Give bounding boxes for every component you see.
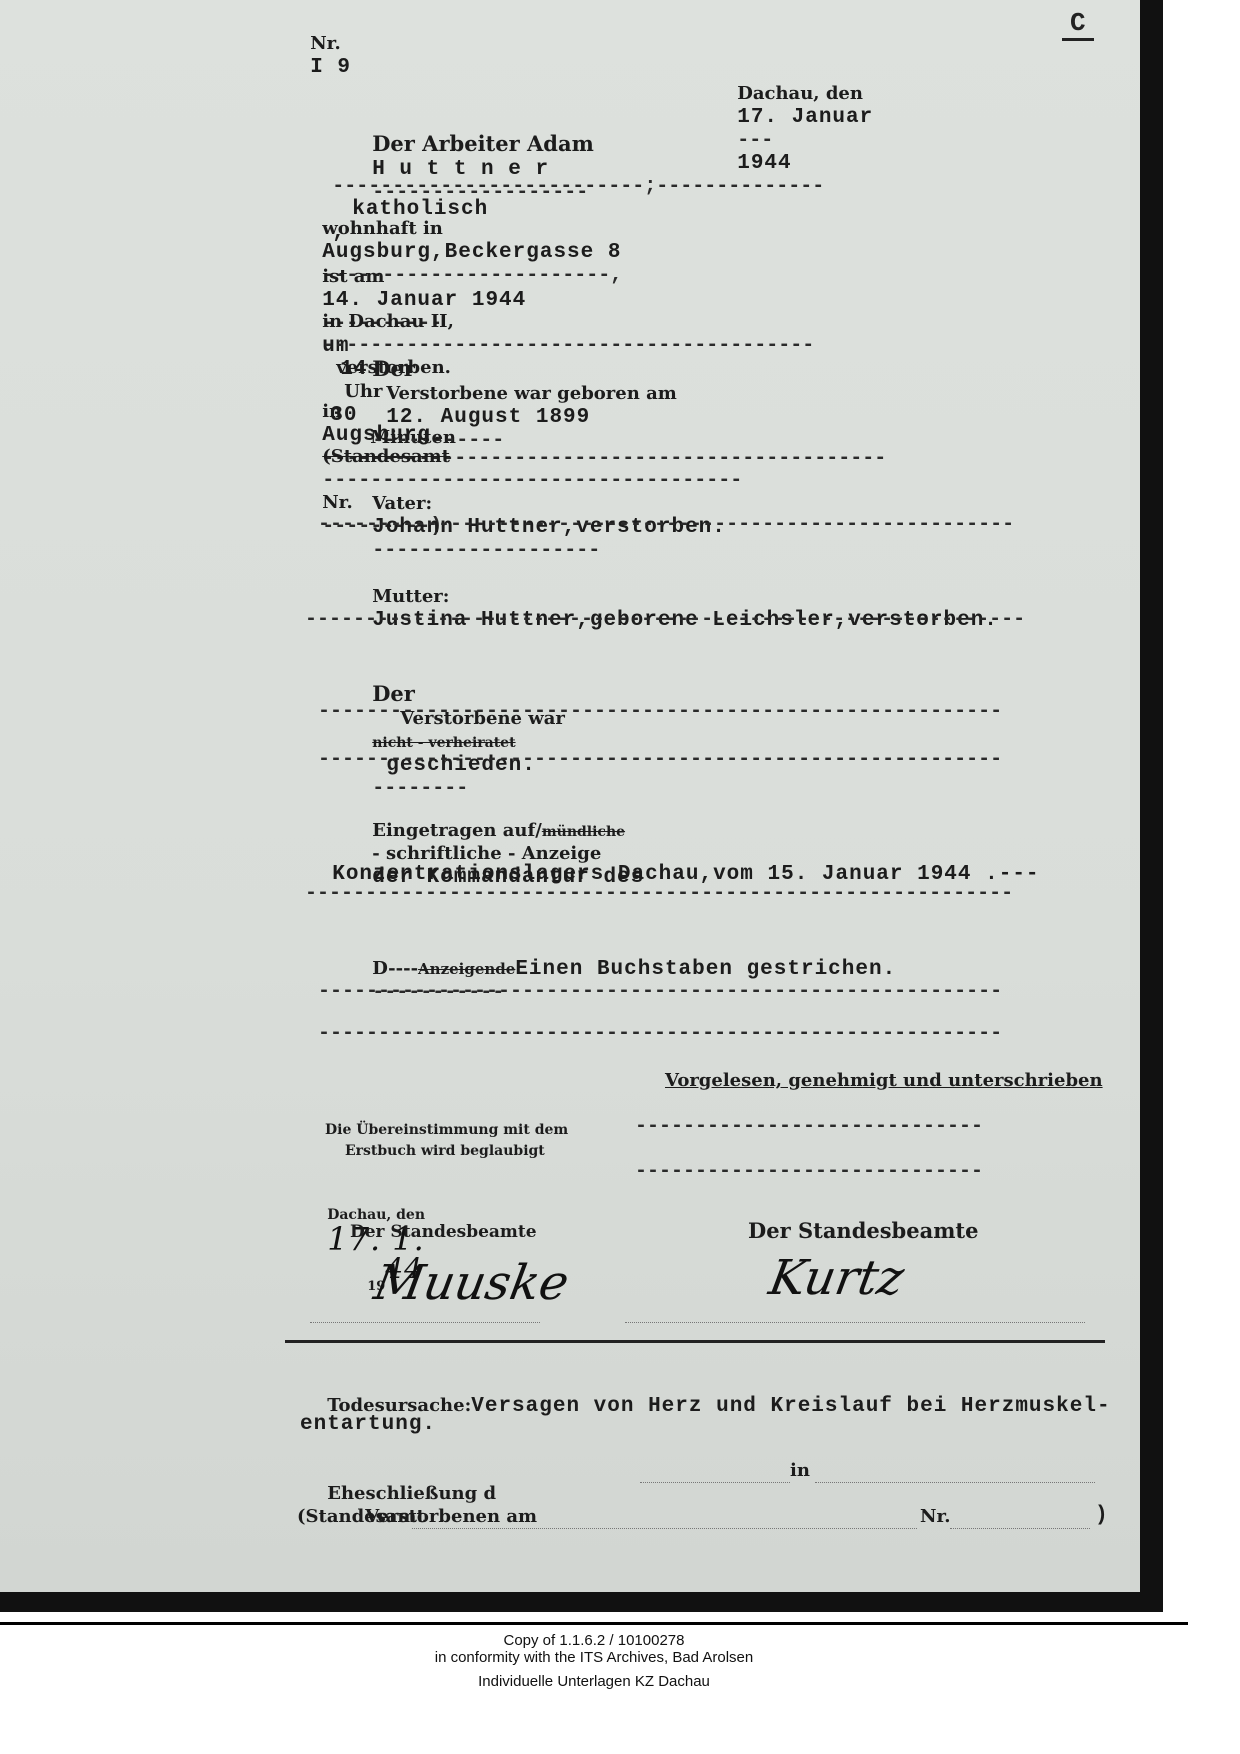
cause-of-death: Versagen von Herz und Kreislauf bei Herz… — [471, 1395, 1110, 1418]
registry2-close: ) — [1095, 1504, 1109, 1527]
marriage-in-label: in — [790, 1460, 810, 1481]
cause-of-death-cont: entartung. — [300, 1413, 436, 1436]
footer-conformity: in conformity with the ITS Archives, Bad… — [0, 1649, 1188, 1667]
dash-fill: ----------------------------------------… — [318, 748, 1002, 771]
correction-text: Einen Buchstaben gestrichen. — [515, 958, 896, 981]
marriage-label: Eheschließung d — [327, 1483, 496, 1504]
correction-struck: Anzeigende — [418, 960, 515, 978]
scan-border-right — [1140, 0, 1163, 1612]
dash-fill: ----------------------------------------… — [305, 608, 1025, 631]
date-day-month: 17. Januar — [737, 106, 873, 129]
registrar-label-left: Der Standesbeamte — [350, 1222, 537, 1242]
marriage-place-field — [815, 1482, 1095, 1483]
dash-fill: ----------------------------------------… — [318, 700, 1002, 723]
signature-left: Muuske — [370, 1255, 573, 1311]
cause-of-death-line: Todesursache:Versagen von Herz und Kreis… — [300, 1372, 1111, 1418]
signature-line-left — [310, 1322, 540, 1323]
signature-line-right — [625, 1322, 1085, 1323]
dash-fill: ----------------------------------------… — [318, 513, 1014, 536]
read-approved-signed: Vorgelesen, genehmigt und unterschrieben — [665, 1070, 1103, 1091]
entry-line-2: Konzentrationslagers Dachau,vom 15. Janu… — [305, 840, 1040, 886]
registrar-label-right: Der Standesbeamte — [748, 1218, 979, 1243]
birth-place-label: in — [322, 401, 342, 422]
residence-label: wohnhaft in — [322, 218, 443, 239]
dash-fill: ----------------------------- — [635, 1160, 983, 1183]
certification-line-1: Die Übereinstimmung mit dem — [325, 1122, 568, 1138]
divider-rule — [0, 1622, 1188, 1625]
registry-label: (Standesamt — [322, 446, 450, 467]
entry-struck: mündliche — [542, 824, 625, 840]
mother-label: Mutter: — [372, 586, 449, 607]
corner-mark: C — [1062, 8, 1094, 41]
registry2-nr-field — [950, 1528, 1090, 1529]
entry-label: Eingetragen auf — [372, 820, 535, 841]
father-label: Vater: — [372, 493, 432, 514]
registry2-label: (Standesamt — [297, 1506, 425, 1527]
footer-collection: Individuelle Unterlagen KZ Dachau — [0, 1673, 1188, 1691]
signature-right: Kurtz — [765, 1250, 908, 1306]
registry2-nr-label: Nr. — [920, 1506, 951, 1527]
register-number-value: I 9 — [310, 56, 351, 79]
scan-border-bottom — [0, 1592, 1163, 1612]
marital-line: Der Verstorbene war nicht - verheiratet … — [345, 658, 565, 800]
marriage-date-field — [640, 1482, 790, 1483]
registry2-field — [412, 1528, 917, 1529]
dash-fill: ----------------------------------------… — [318, 980, 1002, 1003]
correction-prefix: D---- — [372, 958, 418, 979]
dash-fill: ----------------------------------------… — [305, 882, 1013, 905]
certification-line-2: Erstbuch wird beglaubigt — [345, 1143, 545, 1159]
death-date-label: ist am — [322, 266, 384, 287]
register-number-label: Nr. — [310, 33, 341, 54]
section-divider — [285, 1340, 1105, 1343]
place-date-label: Dachau, den — [737, 83, 863, 104]
footer-copy-ref: Copy of 1.1.6.2 / 10100278 — [0, 1632, 1188, 1650]
register-number: Nr. I 9 — [283, 10, 351, 79]
death-place: in Dachau II, — [322, 311, 454, 332]
dash-fill: ----------------------------- — [635, 1115, 983, 1138]
dash-fill: ----------------------------------------… — [318, 1022, 1002, 1045]
